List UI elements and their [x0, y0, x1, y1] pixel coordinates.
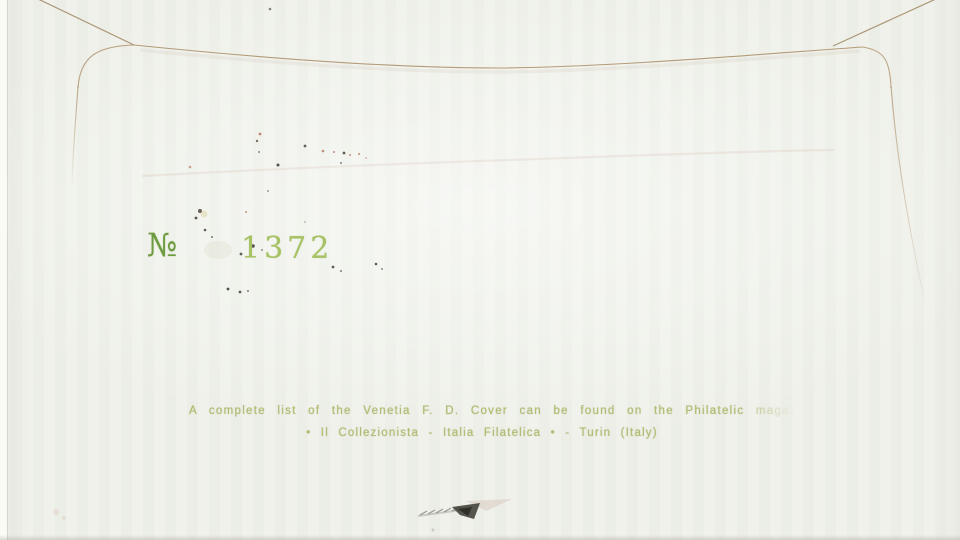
flap-top-edge	[134, 45, 862, 68]
imprint-line2: • Il Collezionista - Italia Filatelica •…	[2, 427, 960, 440]
imprint-line1-faded: magaz	[756, 405, 797, 417]
flap-side-edge-left	[72, 86, 78, 184]
flap-top-edge-shadow	[140, 50, 860, 72]
flap-side-edge-right	[891, 86, 924, 298]
flap-corner-left	[78, 45, 134, 88]
smudge-underline	[418, 509, 468, 516]
envelope-graphics	[0, 0, 960, 540]
numero-sign: №	[147, 229, 177, 261]
scan-edge-strip	[0, 0, 7, 540]
specks-layer	[53, 8, 435, 532]
smudge-pale-wing	[466, 499, 512, 511]
imprint-line1-text: A complete list of the Venetia F. D. Cov…	[189, 405, 756, 417]
flap-inner-crease	[142, 150, 834, 176]
smudge-hatching	[420, 507, 459, 515]
flap-fold-diagonal-right	[833, 0, 938, 46]
ink-smudge-mark	[418, 499, 512, 519]
envelope-back: № 1372 A complete list of the Venetia F.…	[0, 0, 960, 540]
imprint-line1: A complete list of the Venetia F. D. Cov…	[13, 404, 960, 418]
smudge-blob	[452, 503, 480, 519]
erased-number-ghost	[204, 241, 232, 259]
flap-fold-diagonal-left	[36, 0, 134, 45]
smudge-blob-core	[458, 507, 472, 516]
scan-bottom-shadow	[0, 535, 960, 540]
publisher-imprint: A complete list of the Venetia F. D. Cov…	[0, 404, 960, 440]
flap-corner-right	[862, 47, 891, 88]
serial-number: 1372	[241, 234, 333, 264]
